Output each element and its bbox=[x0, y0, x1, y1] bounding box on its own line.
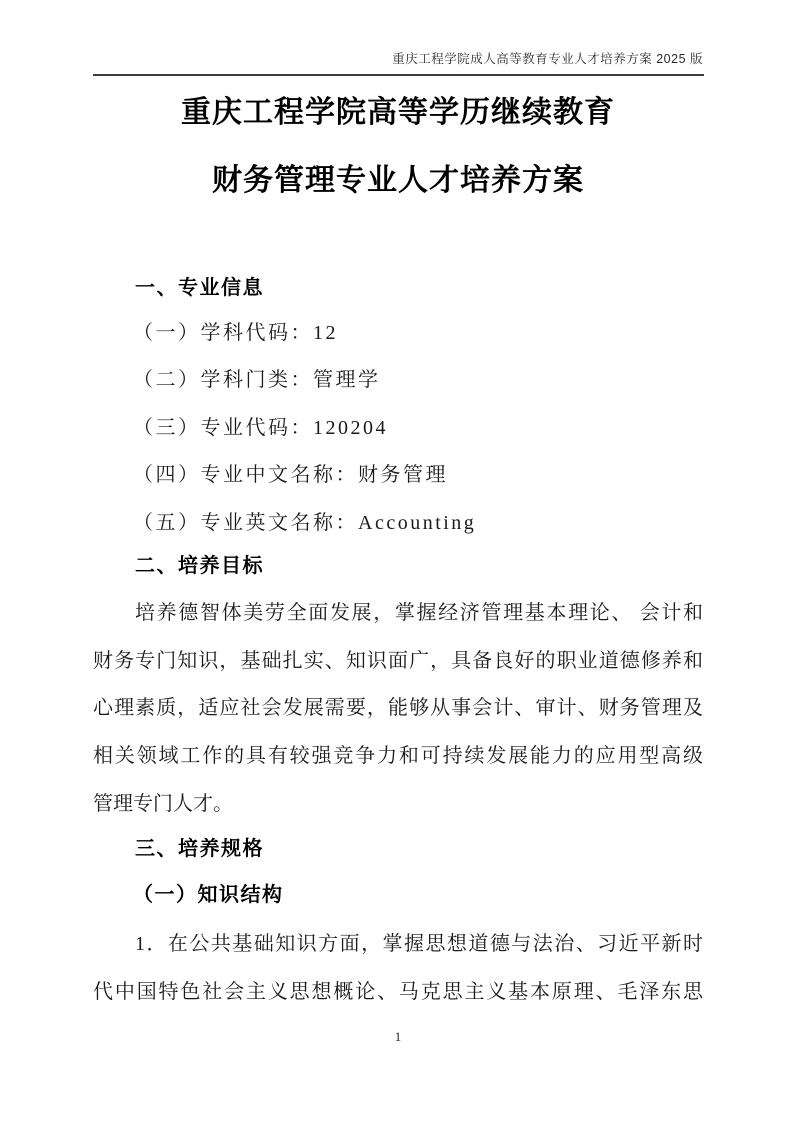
doc-title-line-1: 重庆工程学院高等学历继续教育 bbox=[93, 95, 703, 131]
doc-title-line-2: 财务管理专业人才培养方案 bbox=[93, 163, 703, 199]
goal-paragraph-line: 管理专门人才。 bbox=[93, 792, 703, 816]
section-heading-goal: 二、培养目标 bbox=[135, 554, 264, 578]
goal-paragraph-line: 培养德智体美劳全面发展，掌握经济管理基本理论、 会计和 bbox=[93, 601, 703, 625]
section-heading-spec: 三、培养规格 bbox=[135, 837, 264, 861]
goal-paragraph-line: 心理素质，适应社会发展需要，能够从事会计、审计、财务管理及 bbox=[93, 696, 703, 720]
page-header: 重庆工程学院成人高等教育专业人才培养方案 2025 版 bbox=[93, 52, 703, 67]
knowledge-paragraph-line: 1．在公共基础知识方面，掌握思想道德与法治、习近平新时 bbox=[93, 932, 703, 956]
info-item-discipline-code: （一）学科代码：12 bbox=[133, 321, 338, 345]
info-item-major-name-en: （五）专业英文名称：Accounting bbox=[133, 511, 476, 535]
info-item-major-name-cn: （四）专业中文名称：财务管理 bbox=[133, 463, 448, 487]
info-item-major-code: （三）专业代码：120204 bbox=[133, 416, 388, 440]
subsection-heading-knowledge: （一）知识结构 bbox=[133, 883, 284, 907]
goal-paragraph-line: 财务专门知识，基础扎实、知识面广，具备良好的职业道德修养和 bbox=[93, 649, 703, 673]
page-number: 1 bbox=[93, 1029, 703, 1045]
info-item-discipline-category: （二）学科门类：管理学 bbox=[133, 368, 381, 392]
header-rule bbox=[93, 74, 704, 76]
document-page: 重庆工程学院成人高等教育专业人才培养方案 2025 版 重庆工程学院高等学历继续… bbox=[0, 0, 794, 1122]
section-heading-info: 一、专业信息 bbox=[135, 276, 264, 300]
knowledge-paragraph-line: 代中国特色社会主义思想概论、马克思主义基本原理、毛泽东思 bbox=[93, 980, 703, 1004]
goal-paragraph-line: 相关领域工作的具有较强竞争力和可持续发展能力的应用型高级 bbox=[93, 744, 703, 768]
